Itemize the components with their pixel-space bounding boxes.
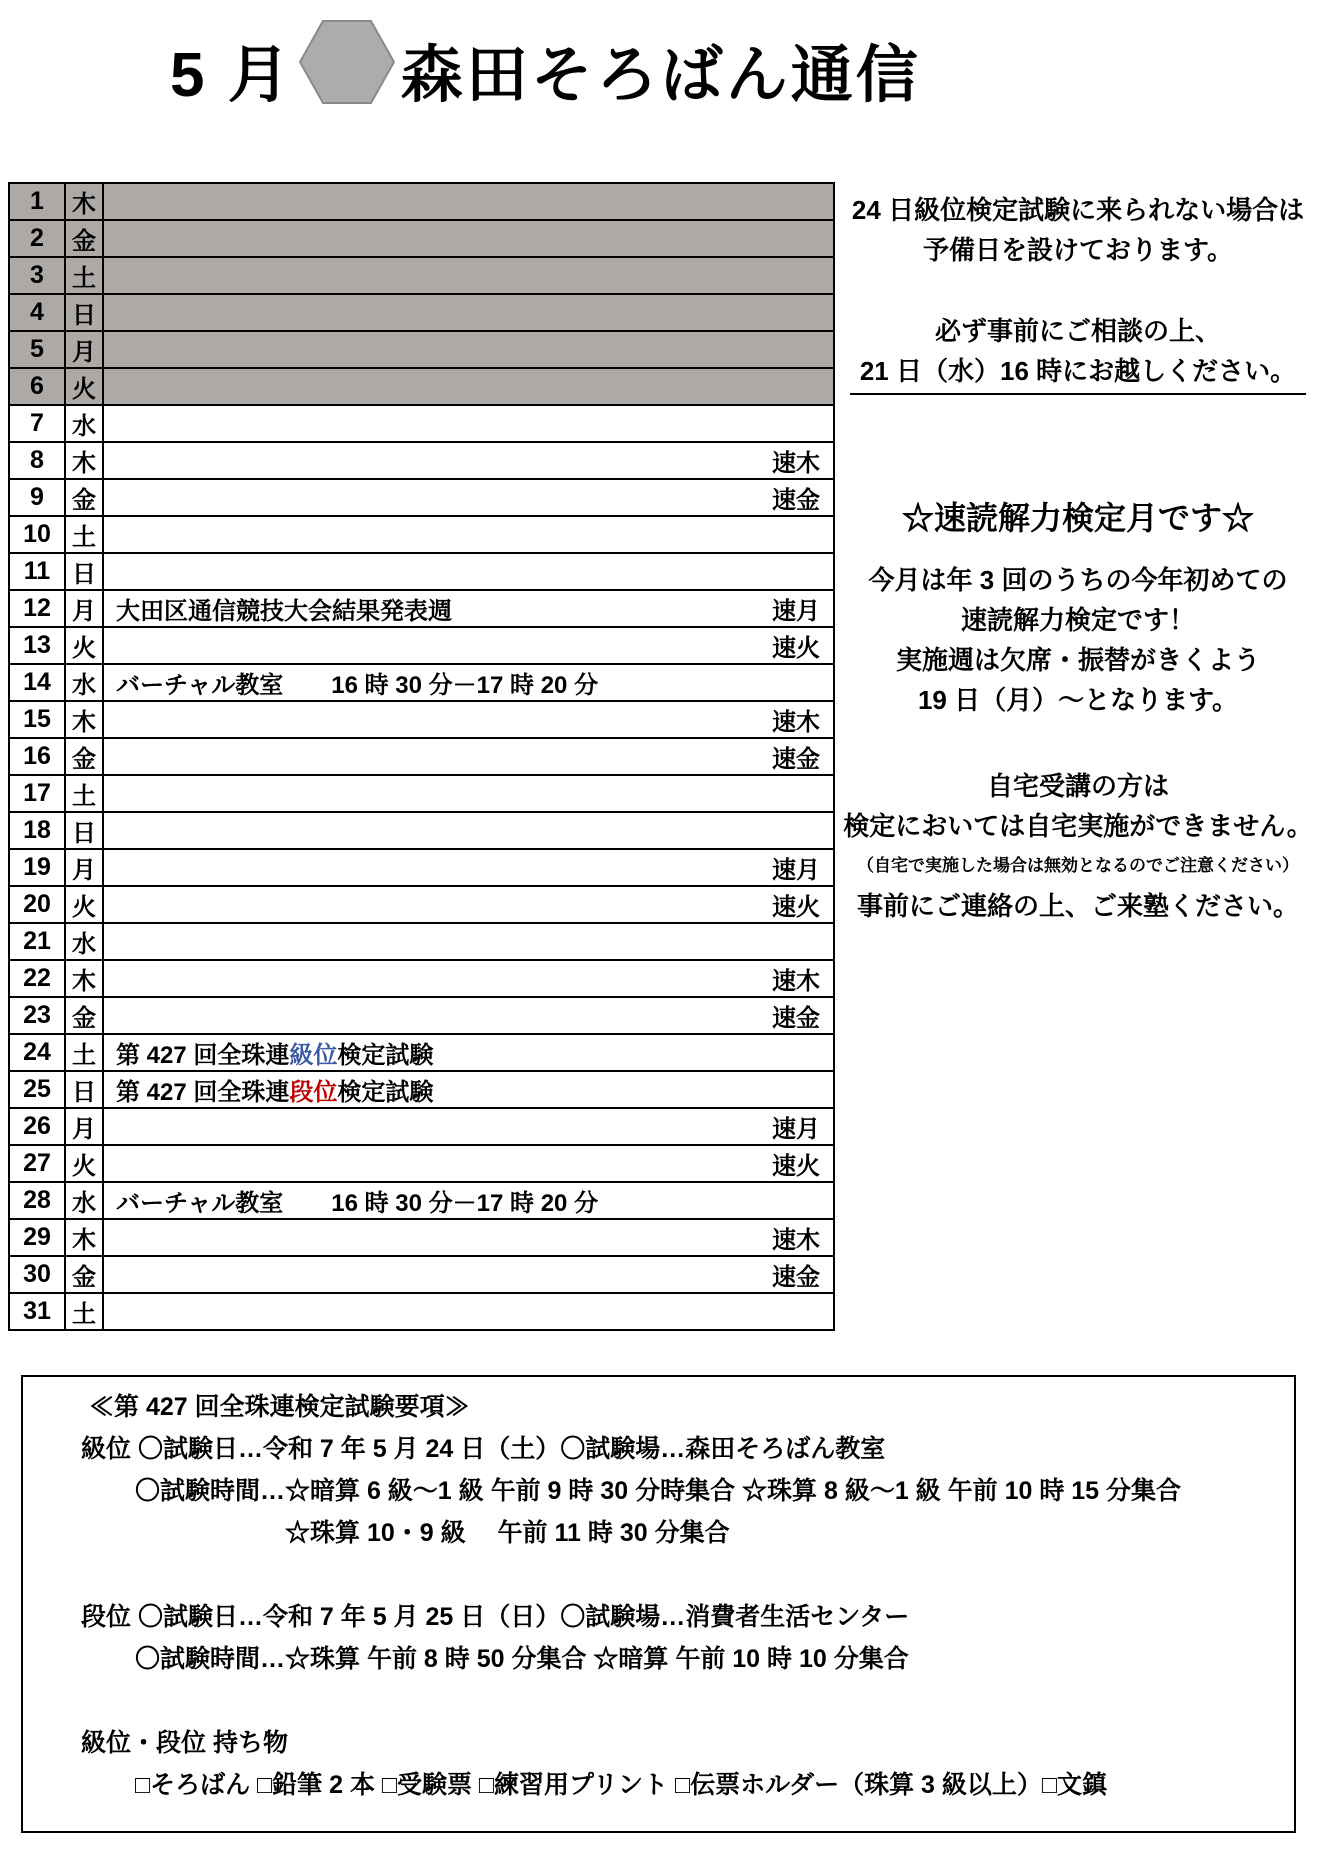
calendar-row: 17土 (9, 775, 834, 812)
calendar-event-text (116, 484, 123, 512)
calendar-table: 1木 2金 3土 4日 5月 6火 7水 8木 速木9金 速金10土 11日 1… (8, 182, 835, 1331)
calendar-day-number: 12 (9, 590, 65, 627)
calendar-weekday: 土 (65, 516, 103, 553)
calendar-weekday: 火 (65, 1145, 103, 1182)
calendar-event-text (116, 706, 123, 734)
calendar-weekday: 金 (65, 997, 103, 1034)
calendar-event-cell (103, 553, 834, 590)
calendar-weekday: 木 (65, 1219, 103, 1256)
calendar-event-cell: 速木 (103, 701, 834, 738)
text-line: 級位・段位 持ち物 (23, 1722, 1294, 1764)
calendar-event-text (116, 336, 123, 364)
calendar-weekday: 月 (65, 590, 103, 627)
text-line: 〇試験時間…☆珠算 午前 8 時 50 分集合 ☆暗算 午前 10 時 10 分… (23, 1638, 1294, 1680)
calendar-row: 9金 速金 (9, 479, 834, 516)
text-line: 19 日（月）～となります。 (838, 680, 1318, 720)
speed-reading-tag: 速火 (772, 628, 820, 663)
calendar-weekday: 土 (65, 1034, 103, 1071)
calendar-row: 21水 (9, 923, 834, 960)
calendar-weekday: 土 (65, 1293, 103, 1330)
calendar-event-text: 第 427 回全珠連段位検定試験 (116, 1072, 433, 1107)
calendar-day-number: 11 (9, 553, 65, 590)
notice-consult-line2-underlined: 21 日（水）16 時にお越しください。 (850, 351, 1306, 395)
calendar-event-text (116, 1224, 123, 1252)
calendar-event-text (116, 854, 123, 882)
calendar-row: 30金 速金 (9, 1256, 834, 1293)
calendar-day-number: 1 (9, 183, 65, 220)
speed-reading-tag: 速金 (772, 739, 820, 774)
notice-consult: 必ず事前にご相談の上、 21 日（水）16 時にお越しください。 (838, 311, 1318, 395)
home-study-line3: 事前にご連絡の上、ご来塾ください。 (838, 886, 1318, 926)
calendar-row: 10土 (9, 516, 834, 553)
calendar-event-cell (103, 220, 834, 257)
calendar-row: 6火 (9, 368, 834, 405)
calendar-row: 25日第 427 回全珠連段位検定試験 (9, 1071, 834, 1108)
speed-reading-tag: 速金 (772, 998, 820, 1033)
calendar-event-text: 大田区通信競技大会結果発表週 (116, 591, 452, 626)
calendar-weekday: 土 (65, 775, 103, 812)
calendar-event-text (116, 1113, 123, 1141)
calendar-row: 31土 (9, 1293, 834, 1330)
calendar-day-number: 3 (9, 257, 65, 294)
calendar-event-cell (103, 405, 834, 442)
newsletter-page: 5 月 森田そろばん通信 1木 2金 3土 4日 5月 6火 7水 8木 速木9… (0, 0, 1325, 1861)
text-line: 今月は年 3 回のうちの今年初めての (838, 560, 1318, 600)
calendar-event-cell (103, 331, 834, 368)
calendar-row: 26月 速月 (9, 1108, 834, 1145)
calendar-row: 20火 速火 (9, 886, 834, 923)
calendar-event-cell: 第 427 回全珠連段位検定試験 (103, 1071, 834, 1108)
calendar-day-number: 15 (9, 701, 65, 738)
calendar-weekday: 月 (65, 1108, 103, 1145)
calendar-row: 4日 (9, 294, 834, 331)
calendar-event-text (116, 817, 123, 845)
calendar-row: 8木 速木 (9, 442, 834, 479)
calendar-event-cell: バーチャル教室 16 時 30 分－17 時 20 分 (103, 664, 834, 701)
notice-consult-line1: 必ず事前にご相談の上、 (838, 311, 1318, 351)
speed-reading-tag: 速金 (772, 480, 820, 515)
calendar-event-cell: 速金 (103, 479, 834, 516)
home-study-line2: 検定においては自宅実施ができません。 (838, 806, 1318, 846)
calendar-day-number: 13 (9, 627, 65, 664)
calendar-event-cell: 速火 (103, 627, 834, 664)
text-line: 実施週は欠席・振替がきくよう (838, 640, 1318, 680)
calendar-weekday: 水 (65, 664, 103, 701)
speed-reading-tag: 速木 (772, 702, 820, 737)
calendar-day-number: 18 (9, 812, 65, 849)
calendar-event-cell: 速月 (103, 849, 834, 886)
speed-reading-tag: 速金 (772, 1257, 820, 1292)
calendar-weekday: 月 (65, 331, 103, 368)
calendar-event-text: バーチャル教室 16 時 30 分－17 時 20 分 (116, 1183, 598, 1218)
title-month: 5 月 (170, 25, 293, 114)
calendar-event-text (116, 447, 123, 475)
calendar-row: 14水バーチャル教室 16 時 30 分－17 時 20 分 (9, 664, 834, 701)
speed-reading-tag: 速木 (772, 443, 820, 478)
calendar-weekday: 日 (65, 1071, 103, 1108)
calendar-event-cell (103, 923, 834, 960)
calendar-event-text (116, 891, 123, 919)
calendar-day-number: 14 (9, 664, 65, 701)
calendar-event-text (116, 410, 123, 438)
calendar-day-number: 9 (9, 479, 65, 516)
calendar-row: 5月 (9, 331, 834, 368)
calendar-weekday: 木 (65, 960, 103, 997)
calendar-day-number: 8 (9, 442, 65, 479)
calendar-event-text: 第 427 回全珠連級位検定試験 (116, 1035, 433, 1070)
calendar-event-text (116, 928, 123, 956)
speed-reading-tag: 速火 (772, 887, 820, 922)
calendar-event-cell: 速金 (103, 997, 834, 1034)
calendar-day-number: 30 (9, 1256, 65, 1293)
calendar-event-cell: 速木 (103, 960, 834, 997)
calendar-event-cell: 速月 (103, 1108, 834, 1145)
calendar-day-number: 7 (9, 405, 65, 442)
calendar-weekday: 水 (65, 1182, 103, 1219)
text-line: 速読解力検定です！ (838, 600, 1318, 640)
calendar-weekday: 日 (65, 812, 103, 849)
speed-reading-tag: 速月 (772, 1109, 820, 1144)
calendar-event-text (116, 1002, 123, 1030)
calendar-day-number: 31 (9, 1293, 65, 1330)
exam-grade-highlight: 級位 (289, 1042, 337, 1069)
text-line: 予備日を設けております。 (838, 230, 1318, 270)
home-study-notice: 自宅受講の方は 検定においては自宅実施ができません。 （自宅で実施した場合は無効… (838, 766, 1318, 926)
calendar-event-cell: 速木 (103, 1219, 834, 1256)
calendar-weekday: 木 (65, 442, 103, 479)
calendar-event-text (116, 965, 123, 993)
calendar-event-cell (103, 368, 834, 405)
exam-grade-highlight: 段位 (289, 1079, 337, 1106)
calendar-row: 27火 速火 (9, 1145, 834, 1182)
calendar-event-cell: 速金 (103, 1256, 834, 1293)
calendar-event-cell (103, 1293, 834, 1330)
calendar-day-number: 29 (9, 1219, 65, 1256)
calendar-day-number: 4 (9, 294, 65, 331)
calendar-weekday: 金 (65, 1256, 103, 1293)
calendar-day-number: 21 (9, 923, 65, 960)
calendar-event-cell (103, 183, 834, 220)
calendar-weekday: 土 (65, 257, 103, 294)
calendar-weekday: 火 (65, 368, 103, 405)
calendar-row: 22木 速木 (9, 960, 834, 997)
calendar-day-number: 26 (9, 1108, 65, 1145)
speed-reading-tag: 速火 (772, 1146, 820, 1181)
speed-reading-tag: 速木 (772, 1220, 820, 1255)
notice-reserve-day: 24 日級位検定試験に来られない場合は予備日を設けております。 (838, 190, 1318, 270)
title-name: 森田そろばん通信 (401, 25, 921, 114)
calendar-event-cell (103, 257, 834, 294)
home-study-line1: 自宅受講の方は (838, 766, 1318, 806)
calendar-weekday: 火 (65, 627, 103, 664)
calendar-weekday: 木 (65, 183, 103, 220)
calendar-weekday: 月 (65, 849, 103, 886)
calendar-row: 7水 (9, 405, 834, 442)
text-line: 24 日級位検定試験に来られない場合は (838, 190, 1318, 230)
calendar-day-number: 25 (9, 1071, 65, 1108)
speed-reading-tag: 速月 (772, 591, 820, 626)
calendar-event-text (116, 632, 123, 660)
calendar-weekday: 金 (65, 479, 103, 516)
calendar-weekday: 日 (65, 294, 103, 331)
text-line: 〇試験時間…☆暗算 6 級～1 級 午前 9 時 30 分時集合 ☆珠算 8 級… (23, 1470, 1294, 1512)
calendar-event-text (116, 521, 123, 549)
calendar-event-cell: 速火 (103, 886, 834, 923)
calendar-weekday: 火 (65, 886, 103, 923)
calendar-event-text (116, 1150, 123, 1178)
calendar-event-cell (103, 775, 834, 812)
calendar-event-text (116, 743, 123, 771)
calendar-row: 15木 速木 (9, 701, 834, 738)
calendar-event-cell: 速木 (103, 442, 834, 479)
calendar-day-number: 2 (9, 220, 65, 257)
exam-info-box: ≪第 427 回全珠連検定試験要項≫級位 〇試験日…令和 7 年 5 月 24 … (21, 1375, 1296, 1833)
text-line: 級位 〇試験日…令和 7 年 5 月 24 日（土）〇試験場…森田そろばん教室 (23, 1428, 1294, 1470)
calendar-day-number: 23 (9, 997, 65, 1034)
calendar-row: 23金 速金 (9, 997, 834, 1034)
page-title: 5 月 森田そろばん通信 (170, 14, 921, 124)
calendar-event-cell: バーチャル教室 16 時 30 分－17 時 20 分 (103, 1182, 834, 1219)
calendar-weekday: 木 (65, 701, 103, 738)
calendar-event-cell (103, 294, 834, 331)
calendar-event-text: バーチャル教室 16 時 30 分－17 時 20 分 (116, 665, 598, 700)
calendar-row: 3土 (9, 257, 834, 294)
calendar-day-number: 6 (9, 368, 65, 405)
calendar-day-number: 17 (9, 775, 65, 812)
speed-reading-tag: 速月 (772, 850, 820, 885)
calendar-row: 16金 速金 (9, 738, 834, 775)
calendar-day-number: 5 (9, 331, 65, 368)
calendar-row: 13火 速火 (9, 627, 834, 664)
calendar-event-text (116, 299, 123, 327)
calendar-event-text (116, 558, 123, 586)
calendar-event-text (116, 373, 123, 401)
sokudoku-details: 今月は年 3 回のうちの今年初めての速読解力検定です！実施週は欠席・振替がきくよ… (838, 560, 1318, 720)
calendar-row: 24土第 427 回全珠連級位検定試験 (9, 1034, 834, 1071)
text-line: ☆珠算 10・9 級 午前 11 時 30 分集合 (23, 1512, 1294, 1554)
calendar-row: 19月 速月 (9, 849, 834, 886)
calendar-row: 28水バーチャル教室 16 時 30 分－17 時 20 分 (9, 1182, 834, 1219)
text-line (23, 1680, 1294, 1722)
home-study-caution: （自宅で実施した場合は無効となるのでご注意ください） (838, 846, 1318, 886)
calendar-event-cell: 第 427 回全珠連級位検定試験 (103, 1034, 834, 1071)
calendar-weekday: 金 (65, 220, 103, 257)
calendar-event-text (116, 262, 123, 290)
calendar-day-number: 16 (9, 738, 65, 775)
calendar-day-number: 24 (9, 1034, 65, 1071)
text-line: ≪第 427 回全珠連検定試験要項≫ (23, 1386, 1294, 1428)
text-line: □そろばん □鉛筆 2 本 □受験票 □練習用プリント □伝票ホルダー（珠算 3… (23, 1764, 1294, 1806)
calendar-event-cell: 速金 (103, 738, 834, 775)
calendar-weekday: 金 (65, 738, 103, 775)
calendar-row: 1木 (9, 183, 834, 220)
hexagon-icon (299, 20, 395, 119)
calendar-event-text (116, 225, 123, 253)
calendar-row: 11日 (9, 553, 834, 590)
calendar-day-number: 20 (9, 886, 65, 923)
calendar-weekday: 水 (65, 923, 103, 960)
calendar-row: 29木 速木 (9, 1219, 834, 1256)
calendar-event-text (116, 1298, 123, 1326)
calendar-event-cell (103, 812, 834, 849)
text-line (23, 1554, 1294, 1596)
calendar-row: 18日 (9, 812, 834, 849)
calendar-row: 2金 (9, 220, 834, 257)
calendar-day-number: 28 (9, 1182, 65, 1219)
calendar-day-number: 10 (9, 516, 65, 553)
calendar-day-number: 22 (9, 960, 65, 997)
calendar-event-text (116, 1261, 123, 1289)
calendar-weekday: 日 (65, 553, 103, 590)
calendar-day-number: 19 (9, 849, 65, 886)
speed-reading-tag: 速木 (772, 961, 820, 996)
calendar-row: 12月大田区通信競技大会結果発表週速月 (9, 590, 834, 627)
calendar-event-text (116, 188, 123, 216)
sokudoku-heading: ☆速読解力検定月です☆ (838, 496, 1318, 540)
calendar-weekday: 水 (65, 405, 103, 442)
calendar-event-text (116, 780, 123, 808)
calendar-day-number: 27 (9, 1145, 65, 1182)
text-line: 段位 〇試験日…令和 7 年 5 月 25 日（日）〇試験場…消費者生活センター (23, 1596, 1294, 1638)
calendar-event-cell (103, 516, 834, 553)
calendar-event-cell: 大田区通信競技大会結果発表週速月 (103, 590, 834, 627)
calendar-event-cell: 速火 (103, 1145, 834, 1182)
